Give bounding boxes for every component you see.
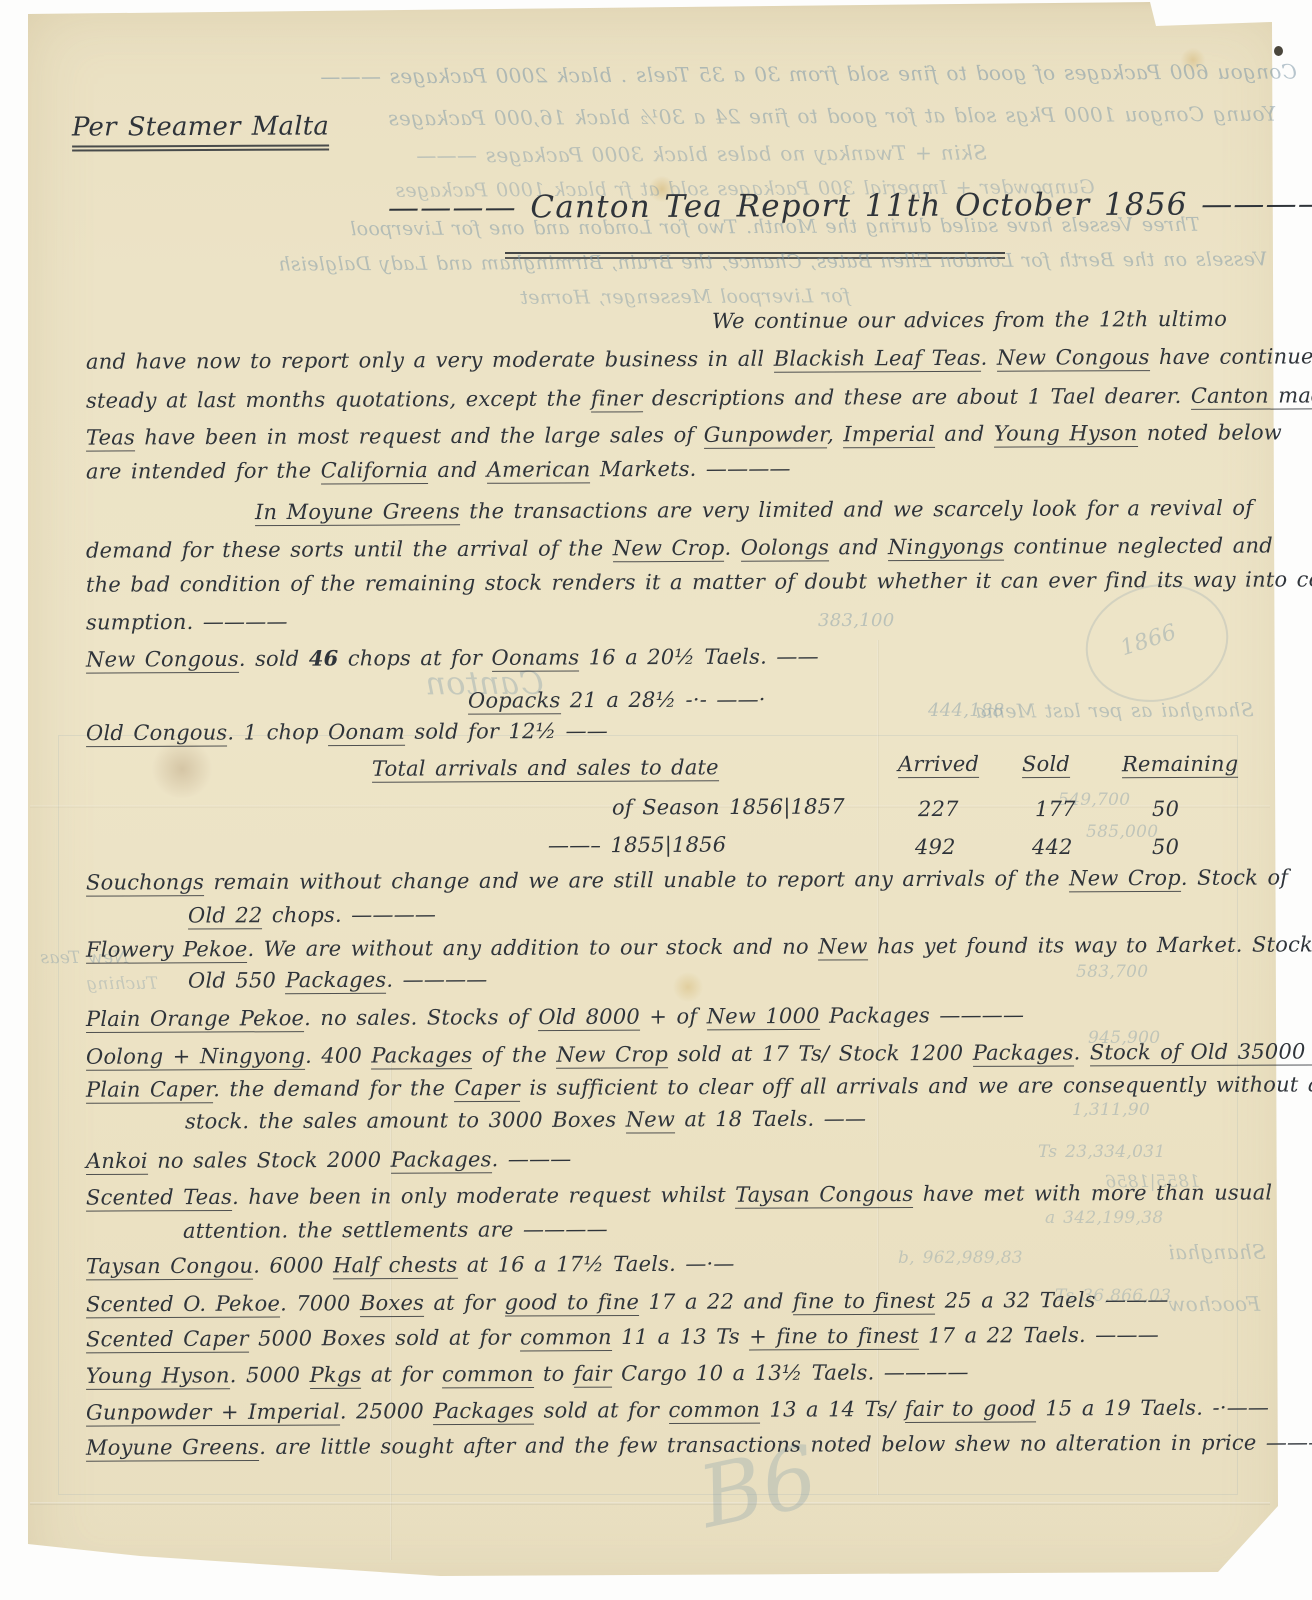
table-row2-label: ——– 1855|1856 (548, 833, 726, 858)
souchongs-line1: Souchongs remain without change and we a… (86, 865, 1288, 894)
table-row1-arrived: 227 (918, 797, 959, 821)
flowery-pekoe-line1: Flowery Pekoe. We are without any additi… (86, 932, 1312, 961)
souchongs-line2: Old 22 chops. ———— (188, 902, 436, 927)
paragraph1-line3: steady at last months quotations, except… (86, 383, 1312, 412)
vessel-note: Per Steamer Malta (72, 111, 329, 142)
old-congous-line: Old Congous. 1 chop Oonam sold for 12½ —… (86, 719, 608, 745)
young-hyson-line: Young Hyson. 5000 Pkgs at for common to … (86, 1360, 969, 1388)
paragraph2-line2: demand for these sorts until the arrival… (86, 533, 1273, 562)
paragraph2-line1: In Moyune Greens the transactions are ve… (255, 496, 1253, 524)
paragraph1-line1: We continue our advices from the 12th ul… (712, 307, 1227, 333)
paragraph1-line2: and have now to report only a very moder… (86, 344, 1312, 373)
table-title: Total arrivals and sales to date (372, 755, 719, 781)
handwriting-layer: Per Steamer Malta———— Canton Tea Report … (0, 0, 1312, 1600)
scented-caper-line: Scented Caper 5000 Boxes sold at for com… (86, 1323, 1159, 1352)
scanned-document: Congou 600 Packages of good to fine sold… (0, 0, 1312, 1600)
scented-teas-line1: Scented Teas. have been in only moderate… (86, 1180, 1272, 1209)
table-header-arrived: Arrived (898, 752, 979, 776)
table-row1-sold: 177 (1035, 797, 1076, 821)
report-title: ———— Canton Tea Report 11th October 1856… (388, 186, 1312, 226)
oopacks-line: Oopacks 21 a 28½ -·- ——· (468, 687, 766, 712)
paragraph2-line3: the bad condition of the remaining stock… (86, 567, 1312, 596)
oolong-ningyong-line: Oolong + Ningyong. 400 Packages of the N… (86, 1039, 1312, 1069)
taysan-congou-line: Taysan Congou. 6000 Half chests at 16 a … (86, 1252, 735, 1279)
plain-orange-pekoe-line: Plain Orange Pekoe. no sales. Stocks of … (86, 1003, 1024, 1031)
gunpowder-imperial-line: Gunpowder + Imperial. 25000 Packages sol… (86, 1395, 1269, 1424)
scented-teas-line2: attention. the settlements are ———— (183, 1217, 608, 1243)
table-row1-remaining: 50 (1152, 797, 1179, 821)
plain-caper-line2: stock. the sales amount to 3000 Boxes Ne… (185, 1107, 866, 1134)
table-row2-arrived: 492 (915, 835, 956, 859)
table-header-sold: Sold (1022, 752, 1070, 776)
paragraph2-line4: sumption. ———— (86, 610, 288, 635)
new-congous-line: New Congous. sold 46 chops at for Oonams… (86, 643, 819, 671)
paragraph1-line5: are intended for the California and Amer… (86, 456, 791, 483)
table-header-remaining: Remaining (1122, 752, 1239, 777)
scented-o-pekoe-line: Scented O. Pekoe. 7000 Boxes at for good… (86, 1288, 1169, 1317)
table-row1-label: of Season 1856|1857 (612, 794, 845, 819)
plain-caper-line1: Plain Caper. the demand for the Caper is… (86, 1072, 1312, 1101)
table-row2-remaining: 50 (1152, 835, 1179, 859)
paragraph1-line4: Teas have been in most request and the l… (86, 420, 1282, 449)
ankoi-line: Ankoi no sales Stock 2000 Packages. ——— (86, 1147, 572, 1173)
moyune-greens-line: Moyune Greens. are little sought after a… (86, 1430, 1312, 1459)
table-row2-sold: 442 (1032, 835, 1073, 859)
flowery-pekoe-line2: Old 550 Packages. ———— (188, 967, 488, 992)
